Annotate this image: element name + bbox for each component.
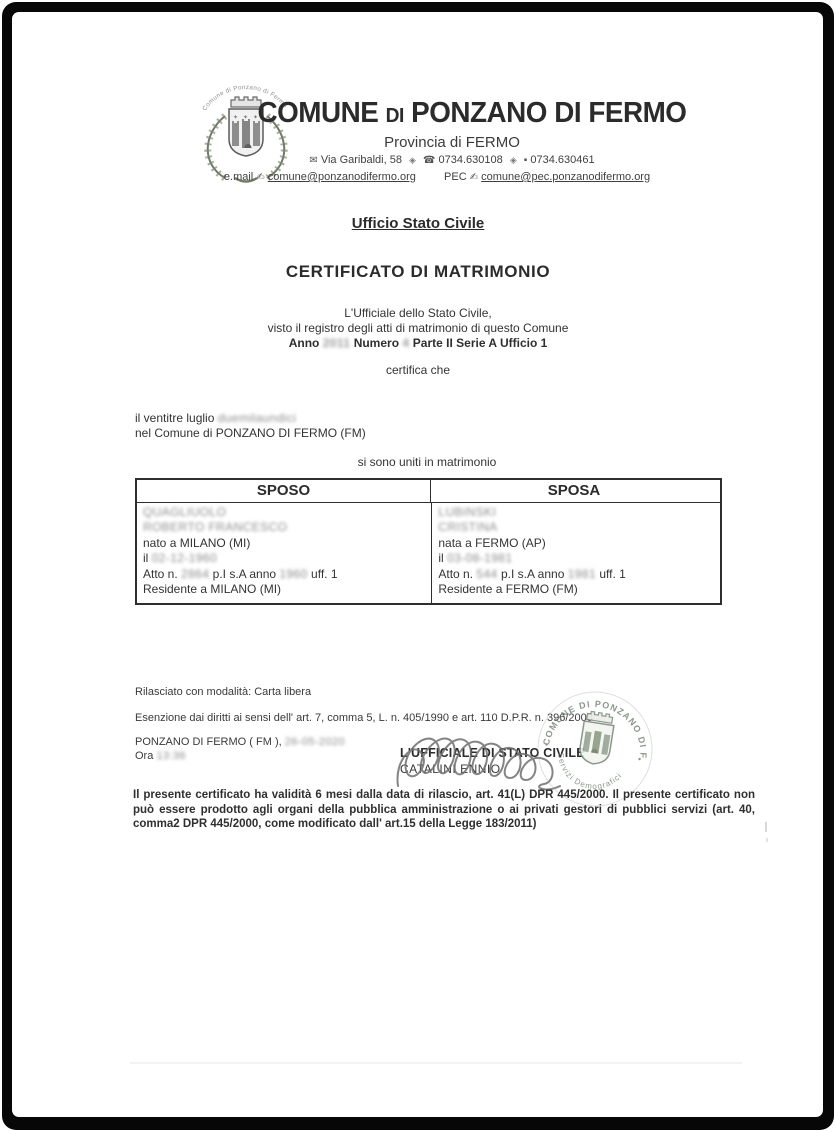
anno-value-redacted: 2011 bbox=[323, 336, 351, 350]
phone-number: 0734.630108 bbox=[439, 154, 503, 166]
marriage-date-prefix: il ventitre luglio bbox=[135, 411, 214, 425]
spouses-table: SPOSO SPOSA QUAGLIUOLO ROBERTO FRANCESCO… bbox=[135, 478, 722, 605]
stamp-crest bbox=[578, 711, 616, 767]
province-line: Provincia di FERMO bbox=[152, 134, 752, 151]
release-place-prefix: PONZANO DI FERMO ( FM ), bbox=[135, 736, 282, 748]
bride-surname-redacted: LUBINSKI bbox=[438, 505, 714, 520]
marriage-year-redacted: duemilaundici bbox=[218, 411, 297, 425]
marriage-place-line: nel Comune di PONZANO DI FERMO (FM) bbox=[135, 426, 366, 441]
bride-atto-suffix: uff. 1 bbox=[599, 567, 625, 581]
groom-atto-mid: p.I s.A anno bbox=[213, 567, 276, 581]
envelope-icon: ✉ bbox=[309, 155, 317, 166]
groom-birth-place: nato a MILANO (MI) bbox=[143, 536, 425, 551]
registry-reference: Anno 2011 Numero 4 Parte II Serie A Uffi… bbox=[12, 336, 824, 351]
release-time-line: Ora 13:36 bbox=[135, 750, 186, 762]
groom-residence: Residente a MILANO (MI) bbox=[143, 582, 425, 597]
groom-header: SPOSO bbox=[137, 480, 431, 502]
groom-atto-line: Atto n. 2864 p.I s.A anno 1960 uff. 1 bbox=[143, 567, 425, 582]
release-date-redacted: 26-05-2020 bbox=[285, 736, 345, 748]
release-place-date: PONZANO DI FERMO ( FM ), 26-05-2020 bbox=[135, 736, 345, 748]
comune-name: COMUNE DI PONZANO DI FERMO bbox=[184, 97, 760, 130]
bride-atto-num-redacted: 544 bbox=[476, 567, 497, 581]
numero-label: Numero bbox=[354, 336, 399, 350]
bride-header: SPOSA bbox=[431, 480, 717, 502]
email-label: e.mail bbox=[224, 171, 253, 183]
release-modalita: Rilasciato con modalità: Carta libera bbox=[135, 686, 311, 698]
intro-line-1: L'Ufficiale dello Stato Civile, bbox=[12, 306, 824, 321]
fax-number: 0734.630461 bbox=[530, 154, 594, 166]
marriage-date-line: il ventitre luglio duemilaundici bbox=[135, 411, 366, 426]
groom-atto-suffix: uff. 1 bbox=[311, 567, 337, 581]
bride-birth-date-line: il 03-08-1981 bbox=[438, 551, 714, 566]
spouses-table-body: QUAGLIUOLO ROBERTO FRANCESCO nato a MILA… bbox=[137, 503, 720, 603]
comune-name-main: COMUNE bbox=[258, 97, 379, 129]
bride-atto-mid: p.I s.A anno bbox=[501, 567, 564, 581]
comune-name-di: DI bbox=[386, 105, 404, 127]
stamp-dot: • bbox=[637, 754, 642, 764]
address-line: ✉ Via Garibaldi, 58 ◈ ☎ 0734.630108 ◈ ▪ … bbox=[152, 154, 752, 166]
legal-note: Il presente certificato ha validità 6 me… bbox=[133, 788, 755, 832]
groom-surname-redacted: QUAGLIUOLO bbox=[143, 505, 425, 520]
email-line: e.mail ✍ comune@ponzanodifermo.org PEC ✍… bbox=[127, 171, 747, 183]
phone-icon: ☎ bbox=[423, 155, 435, 166]
groom-name-redacted: ROBERTO FRANCESCO bbox=[143, 520, 425, 535]
certificate-page: Comune di Ponzano di Fermo ✦ ✦ ✦ COMUNE bbox=[12, 12, 823, 1117]
release-time-redacted: 13:36 bbox=[156, 750, 186, 762]
bride-atto-line: Atto n. 544 p.I s.A anno 1981 uff. 1 bbox=[438, 567, 714, 582]
anno-label: Anno bbox=[289, 336, 320, 350]
spouses-table-header: SPOSO SPOSA bbox=[137, 480, 720, 503]
bride-birth-place: nata a FERMO (AP) bbox=[438, 536, 714, 551]
scan-artifact-mark bbox=[765, 822, 767, 832]
intro-line-2: visto il registro degli atti di matrimon… bbox=[12, 321, 824, 336]
office-title: Ufficio Stato Civile bbox=[12, 215, 824, 232]
bride-atto-label: Atto n. bbox=[438, 567, 473, 581]
certifica-che-line: certifica che bbox=[12, 363, 824, 377]
bride-cell: LUBINSKI CRISTINA nata a FERMO (AP) il 0… bbox=[432, 503, 720, 603]
groom-atto-num-redacted: 2864 bbox=[181, 567, 209, 581]
groom-cell: QUAGLIUOLO ROBERTO FRANCESCO nato a MILA… bbox=[137, 503, 432, 603]
ora-label: Ora bbox=[135, 750, 153, 762]
diamond-separator-icon: ◈ bbox=[506, 155, 521, 165]
bride-atto-year-redacted: 1981 bbox=[568, 567, 596, 581]
writing-hand-icon: ✍ bbox=[470, 172, 478, 183]
email-link[interactable]: comune@ponzanodifermo.org bbox=[268, 171, 416, 183]
union-statement: si sono uniti in matrimonio bbox=[12, 455, 836, 469]
certificate-title: CERTIFICATO DI MATRIMONIO bbox=[12, 262, 824, 282]
writing-hand-icon: ✍ bbox=[256, 172, 264, 183]
bride-birth-date-redacted: 03-08-1981 bbox=[447, 551, 512, 565]
pec-link[interactable]: comune@pec.ponzanodifermo.org bbox=[481, 171, 650, 183]
bride-residence: Residente a FERMO (FM) bbox=[438, 582, 714, 597]
scan-artifact-mark bbox=[766, 838, 768, 842]
comune-name-rest: PONZANO DI FERMO bbox=[411, 97, 686, 129]
groom-birth-date-redacted: 02-12-1960 bbox=[152, 551, 217, 565]
groom-atto-label: Atto n. bbox=[143, 567, 178, 581]
groom-atto-year-redacted: 1960 bbox=[279, 567, 307, 581]
bride-il-label: il bbox=[438, 551, 443, 565]
groom-birth-date-line: il 02-12-1960 bbox=[143, 551, 425, 566]
pec-label: PEC bbox=[444, 171, 467, 183]
fax-icon: ▪ bbox=[524, 155, 528, 166]
intro-paragraph: L'Ufficiale dello Stato Civile, visto il… bbox=[12, 306, 824, 351]
scan-artifact-line bbox=[130, 1062, 742, 1064]
serie-text: Parte II Serie A Ufficio 1 bbox=[413, 336, 548, 350]
bride-name-redacted: CRISTINA bbox=[438, 520, 714, 535]
numero-value-redacted: 4 bbox=[402, 336, 409, 350]
groom-il-label: il bbox=[143, 551, 148, 565]
street-address: Via Garibaldi, 58 bbox=[321, 154, 402, 166]
marriage-date-block: il ventitre luglio duemilaundici nel Com… bbox=[135, 411, 366, 440]
diamond-separator-icon: ◈ bbox=[405, 155, 420, 165]
